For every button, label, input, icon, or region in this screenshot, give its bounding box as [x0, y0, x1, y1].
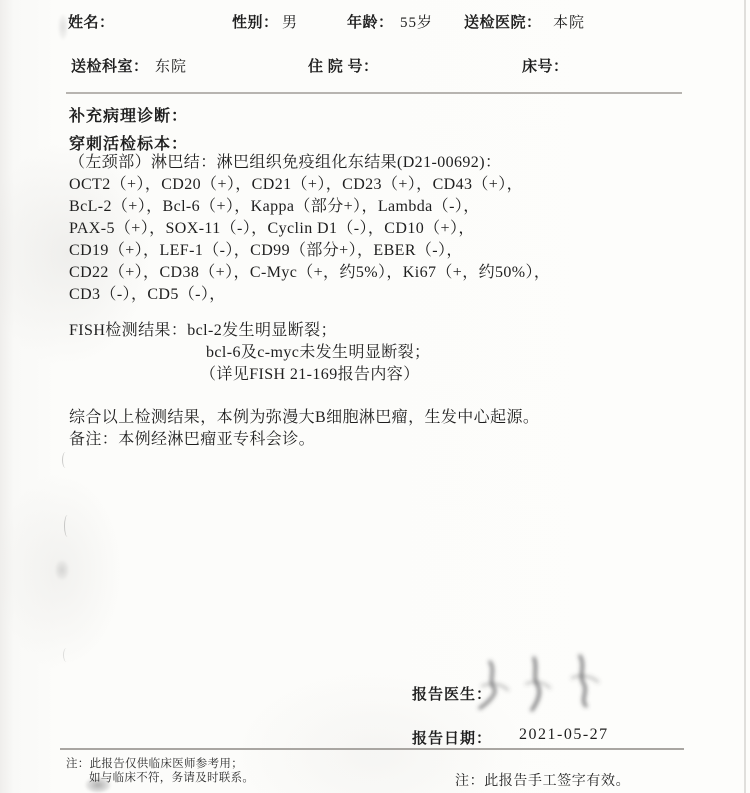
scan-artifact-mark	[64, 515, 71, 537]
ihc-result-line: CD19（+），LEF-1（-），CD99（部分+），EBER（-），	[69, 241, 463, 261]
fish-result-line1: FISH检测结果：bcl-2发生明显断裂；	[69, 321, 337, 341]
remark-line: 备注：本例经淋巴瘤亚专科会诊。	[69, 430, 315, 450]
ihc-result-line: CD3（-），CD5（-），	[69, 285, 226, 305]
ihc-result-line: OCT2（+），CD20（+），CD21（+），CD23（+），CD43（+），	[69, 175, 523, 195]
doctor-signature-blurred	[468, 648, 628, 720]
department-value: 东院	[155, 55, 187, 76]
footer-signature-validity-note: 注：此报告手工签字有效。	[455, 770, 630, 790]
section-title: 补充病理诊断：	[69, 103, 188, 126]
scan-right-edge-line	[744, 0, 746, 793]
header-divider	[66, 92, 682, 94]
hospital-label: 送检医院：	[464, 11, 542, 32]
conclusion-line: 综合以上检测结果，本例为弥漫大B细胞淋巴瘤，生发中心起源。	[69, 408, 539, 428]
department-label: 送检科室：	[71, 55, 149, 76]
scan-smudge	[58, 14, 68, 40]
scan-artifact-mark	[62, 452, 69, 468]
fish-result-line2: bcl-6及c-myc未发生明显断裂；	[206, 343, 430, 363]
scan-artifact-mark	[63, 648, 70, 662]
ihc-result-line: PAX-5（+），SOX-11（-），Cyclin D1（-），CD10（+），	[69, 219, 475, 239]
bed-no-label: 床号：	[522, 55, 569, 76]
footer-note-line2: 如与临床不符，务请及时联系。	[89, 769, 254, 785]
specimen-line: （左颈部）淋巴结：淋巴组织免疫组化东结果(D21-00692)：	[69, 153, 501, 173]
gender-value: 男	[282, 11, 298, 32]
age-value: 55岁	[400, 11, 433, 32]
name-label: 姓名：	[68, 11, 115, 32]
ihc-result-line: BcL-2（+），Bcl-6（+），Kappa（部分+），Lambda（-），	[69, 197, 480, 217]
age-label: 年龄：	[347, 11, 394, 32]
scan-smudge	[55, 560, 69, 580]
report-date-label: 报告日期：	[412, 727, 492, 748]
pathology-report-page: 姓名： 性别： 男 年龄： 55岁 送检医院： 本院 送检科室： 东院 住 院 …	[0, 0, 750, 793]
fish-result-line3: （详见FISH 21-169报告内容）	[200, 365, 420, 385]
inpatient-no-label: 住 院 号：	[308, 55, 379, 76]
report-date-value: 2021-05-27	[519, 726, 609, 744]
hospital-value: 本院	[553, 11, 585, 32]
footer-divider	[60, 748, 684, 750]
ihc-result-line: CD22（+），CD38（+），C-Myc（+，约5%），Ki67（+，约50%…	[69, 263, 550, 283]
gender-label: 性别：	[232, 11, 279, 32]
specimen-title: 穿刺活检标本：	[69, 131, 188, 154]
